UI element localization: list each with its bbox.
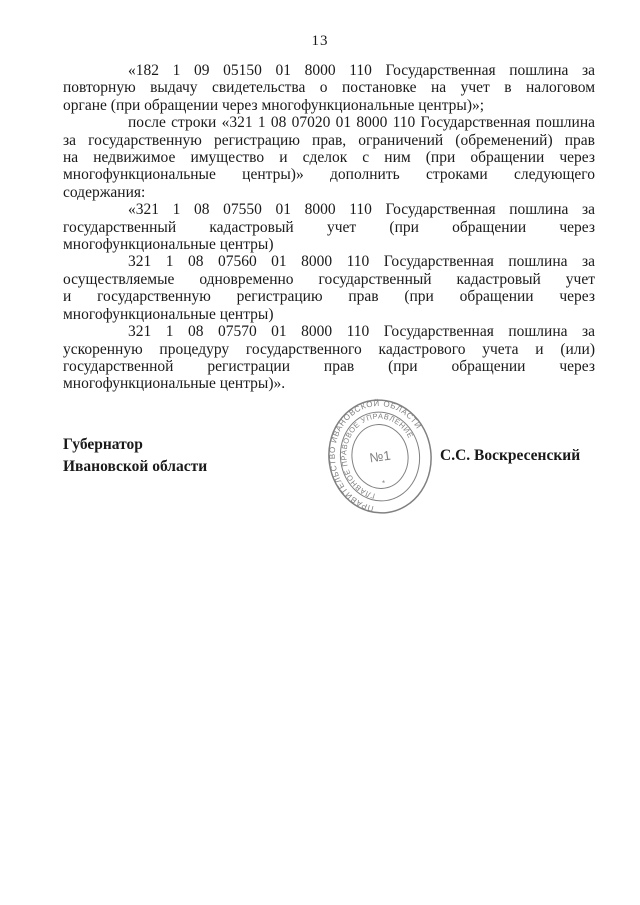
body-line: на недвижимое имущество и сделок с ним (… — [63, 149, 595, 166]
paragraph: 321 1 08 07560 01 8000 110 Государственн… — [63, 253, 595, 323]
body-line: 321 1 08 07570 01 8000 110 Государственн… — [63, 323, 595, 340]
body-line: многофункциональные центры)». — [63, 375, 595, 392]
page-number: 13 — [0, 33, 640, 50]
paragraph: «321 1 08 07550 01 8000 110 Государствен… — [63, 201, 595, 253]
body-line: органе (при обращении через многофункцио… — [63, 97, 595, 114]
document-page: 13 «182 1 09 05150 01 8000 110 Государст… — [0, 0, 640, 905]
signature-block: Губернатор Ивановской области ПРАВИТЕЛЬС… — [0, 396, 640, 531]
signer-role-line: Губернатор — [63, 434, 207, 456]
stamp-center-label: №1 — [368, 448, 391, 466]
body-line: государственной регистрации прав (при об… — [63, 358, 595, 375]
paragraph: 321 1 08 07570 01 8000 110 Государственн… — [63, 323, 595, 393]
paragraph: после строки «321 1 08 07020 01 8000 110… — [63, 114, 595, 201]
body-line: государственный кадастровый учет (при об… — [63, 219, 595, 236]
body-line: ускоренную процедуру государственного ка… — [63, 341, 595, 358]
body-line: содержания: — [63, 184, 595, 201]
body-line: «321 1 08 07550 01 8000 110 Государствен… — [63, 201, 595, 218]
paragraph: «182 1 09 05150 01 8000 110 Государствен… — [63, 62, 595, 114]
body-line: за государственную регистрацию прав, огр… — [63, 132, 595, 149]
document-body: «182 1 09 05150 01 8000 110 Государствен… — [63, 62, 595, 393]
body-line: многофункциональные центры) — [63, 236, 595, 253]
signer-name: С.С. Воскресенский — [440, 447, 580, 465]
body-line: после строки «321 1 08 07020 01 8000 110… — [63, 114, 595, 131]
stamp-footnote-mark: * — [382, 479, 386, 488]
body-line: многофункциональные центры)» дополнить с… — [63, 166, 595, 183]
signer-role: Губернатор Ивановской области — [63, 434, 207, 477]
body-line: многофункциональные центры) — [63, 306, 595, 323]
signer-role-line: Ивановской области — [63, 456, 207, 478]
body-line: повторную выдачу свидетельства о постано… — [63, 79, 595, 96]
body-line: 321 1 08 07560 01 8000 110 Государственн… — [63, 253, 595, 270]
body-line: «182 1 09 05150 01 8000 110 Государствен… — [63, 62, 595, 79]
official-stamp: ПРАВИТЕЛЬСТВО ИВАНОВСКОЙ ОБЛАСТИ ГЛАВНОЕ… — [324, 397, 436, 517]
body-line: осуществляемые одновременно государствен… — [63, 271, 595, 288]
body-line: и государственную регистрацию прав (при … — [63, 288, 595, 305]
